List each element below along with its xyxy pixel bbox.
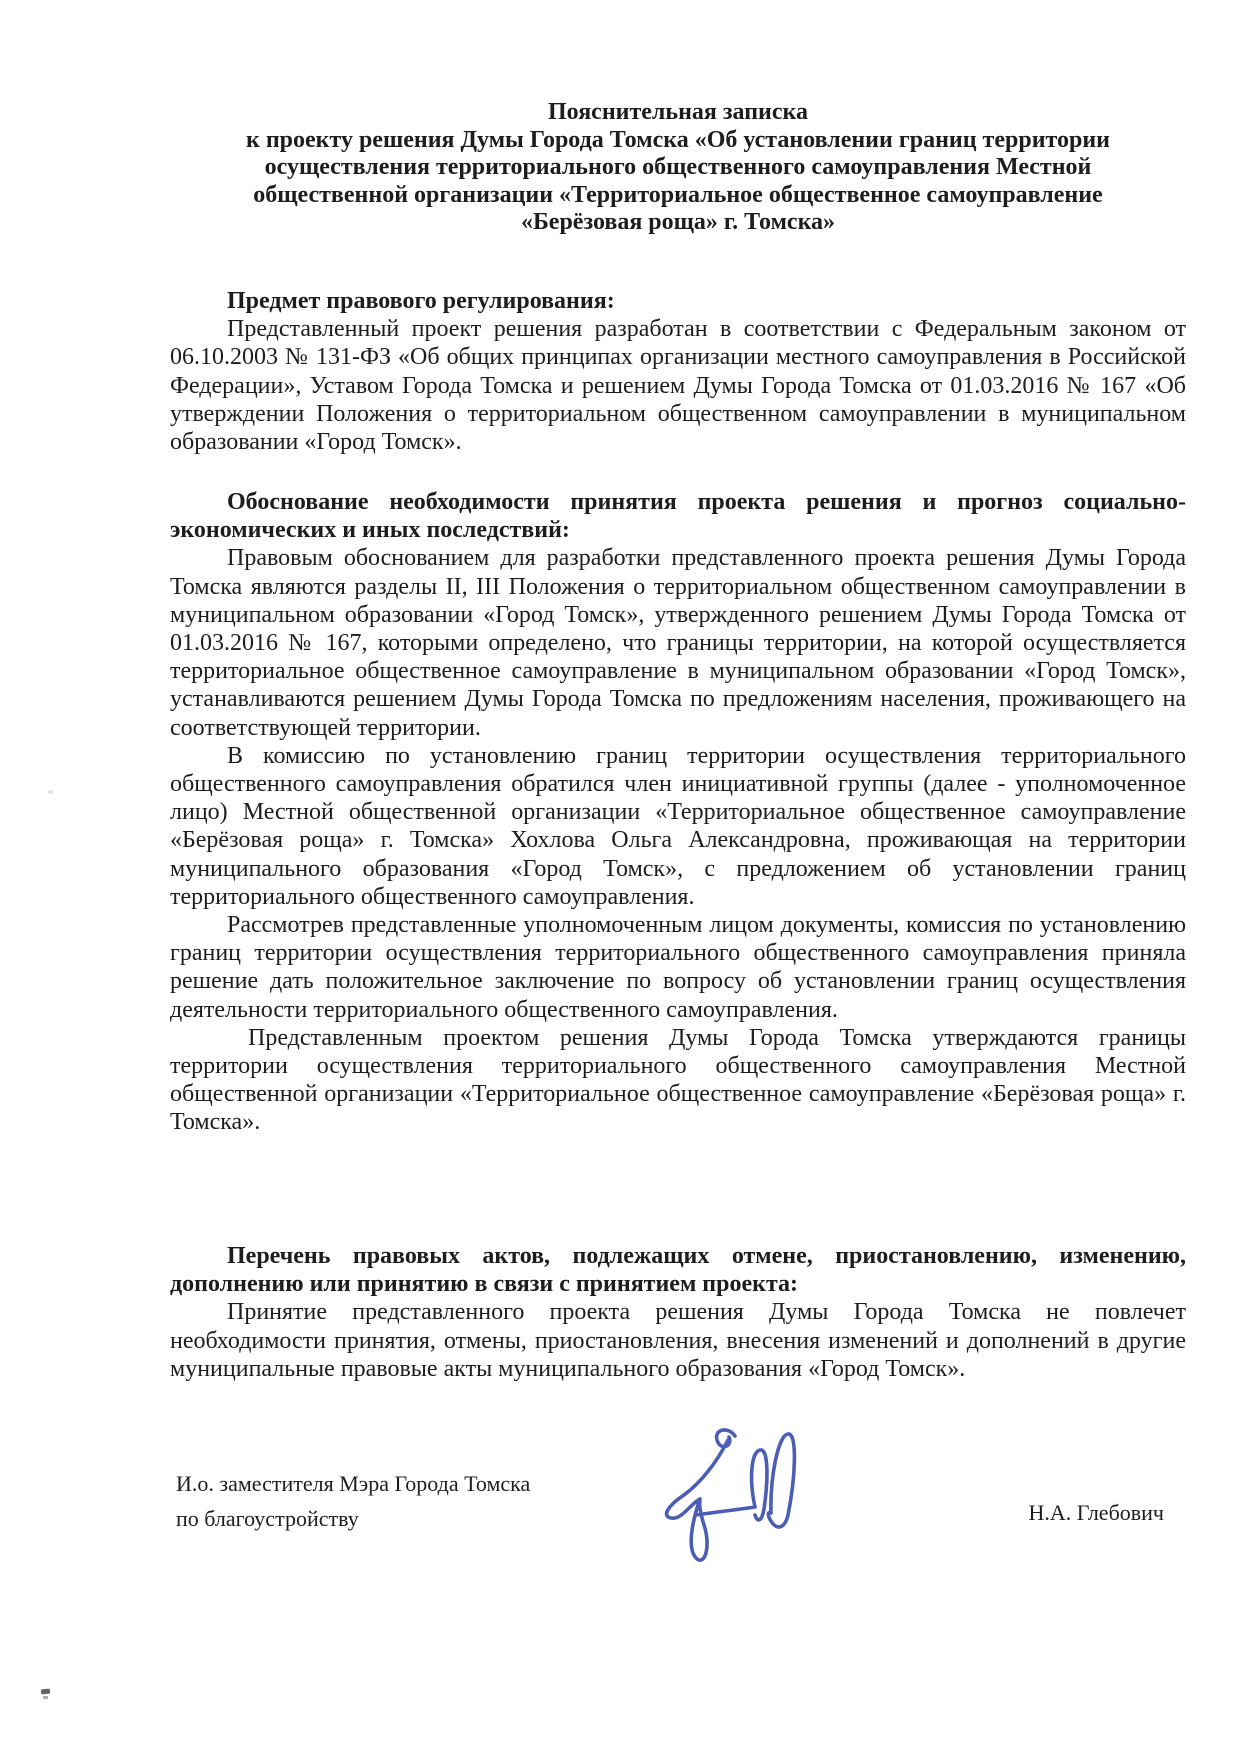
scan-artifact-speck — [48, 790, 53, 794]
signature-block: И.о. заместителя Мэра Города Томска по б… — [170, 1452, 1186, 1642]
paragraph: Правовым обоснованием для разработки пре… — [170, 544, 1186, 741]
section-heading: Предмет правового регулирования: — [170, 287, 1186, 315]
paragraph: Принятие представленного проекта решения… — [170, 1298, 1186, 1383]
paragraph: Представленным проектом решения Думы Гор… — [170, 1024, 1186, 1137]
title-line-2: к проекту решения Думы Города Томска «Об… — [170, 127, 1186, 155]
paragraph: Рассмотрев представленные уполномоченным… — [170, 911, 1186, 1024]
section-heading: Обоснование необходимости принятия проек… — [170, 488, 1186, 544]
handwritten-signature-ink — [638, 1420, 843, 1595]
paragraph: Представленный проект решения разработан… — [170, 315, 1186, 456]
section-justification: Обоснование необходимости принятия проек… — [170, 488, 1186, 1137]
signatory-position: И.о. заместителя Мэра Города Томска по б… — [176, 1466, 530, 1536]
title-line-4: общественной организации «Территориально… — [170, 182, 1186, 210]
title-line-1: Пояснительная записка — [170, 99, 1186, 127]
signatory-position-line-1: И.о. заместителя Мэра Города Томска — [176, 1466, 530, 1501]
paragraph: В комиссию по установлению границ террит… — [170, 742, 1186, 911]
scanned-document-page: Пояснительная записка к проекту решения … — [0, 0, 1240, 1753]
section-list-of-legal-acts: Перечень правовых актов, подлежащих отме… — [170, 1242, 1186, 1383]
signatory-name: Н.А. Глебович — [1028, 1500, 1164, 1526]
title-line-5: «Берёзовая роща» г. Томска» — [170, 209, 1186, 237]
signatory-position-line-2: по благоустройству — [176, 1501, 530, 1536]
section-subject-of-regulation: Предмет правового регулирования: Предста… — [170, 287, 1186, 456]
scan-artifact-speck — [43, 1696, 48, 1699]
title-line-3: осуществления территориального обществен… — [170, 154, 1186, 182]
scan-artifact-speck — [41, 1689, 50, 1695]
document-title: Пояснительная записка к проекту решения … — [170, 99, 1186, 237]
section-heading: Перечень правовых актов, подлежащих отме… — [170, 1242, 1186, 1298]
